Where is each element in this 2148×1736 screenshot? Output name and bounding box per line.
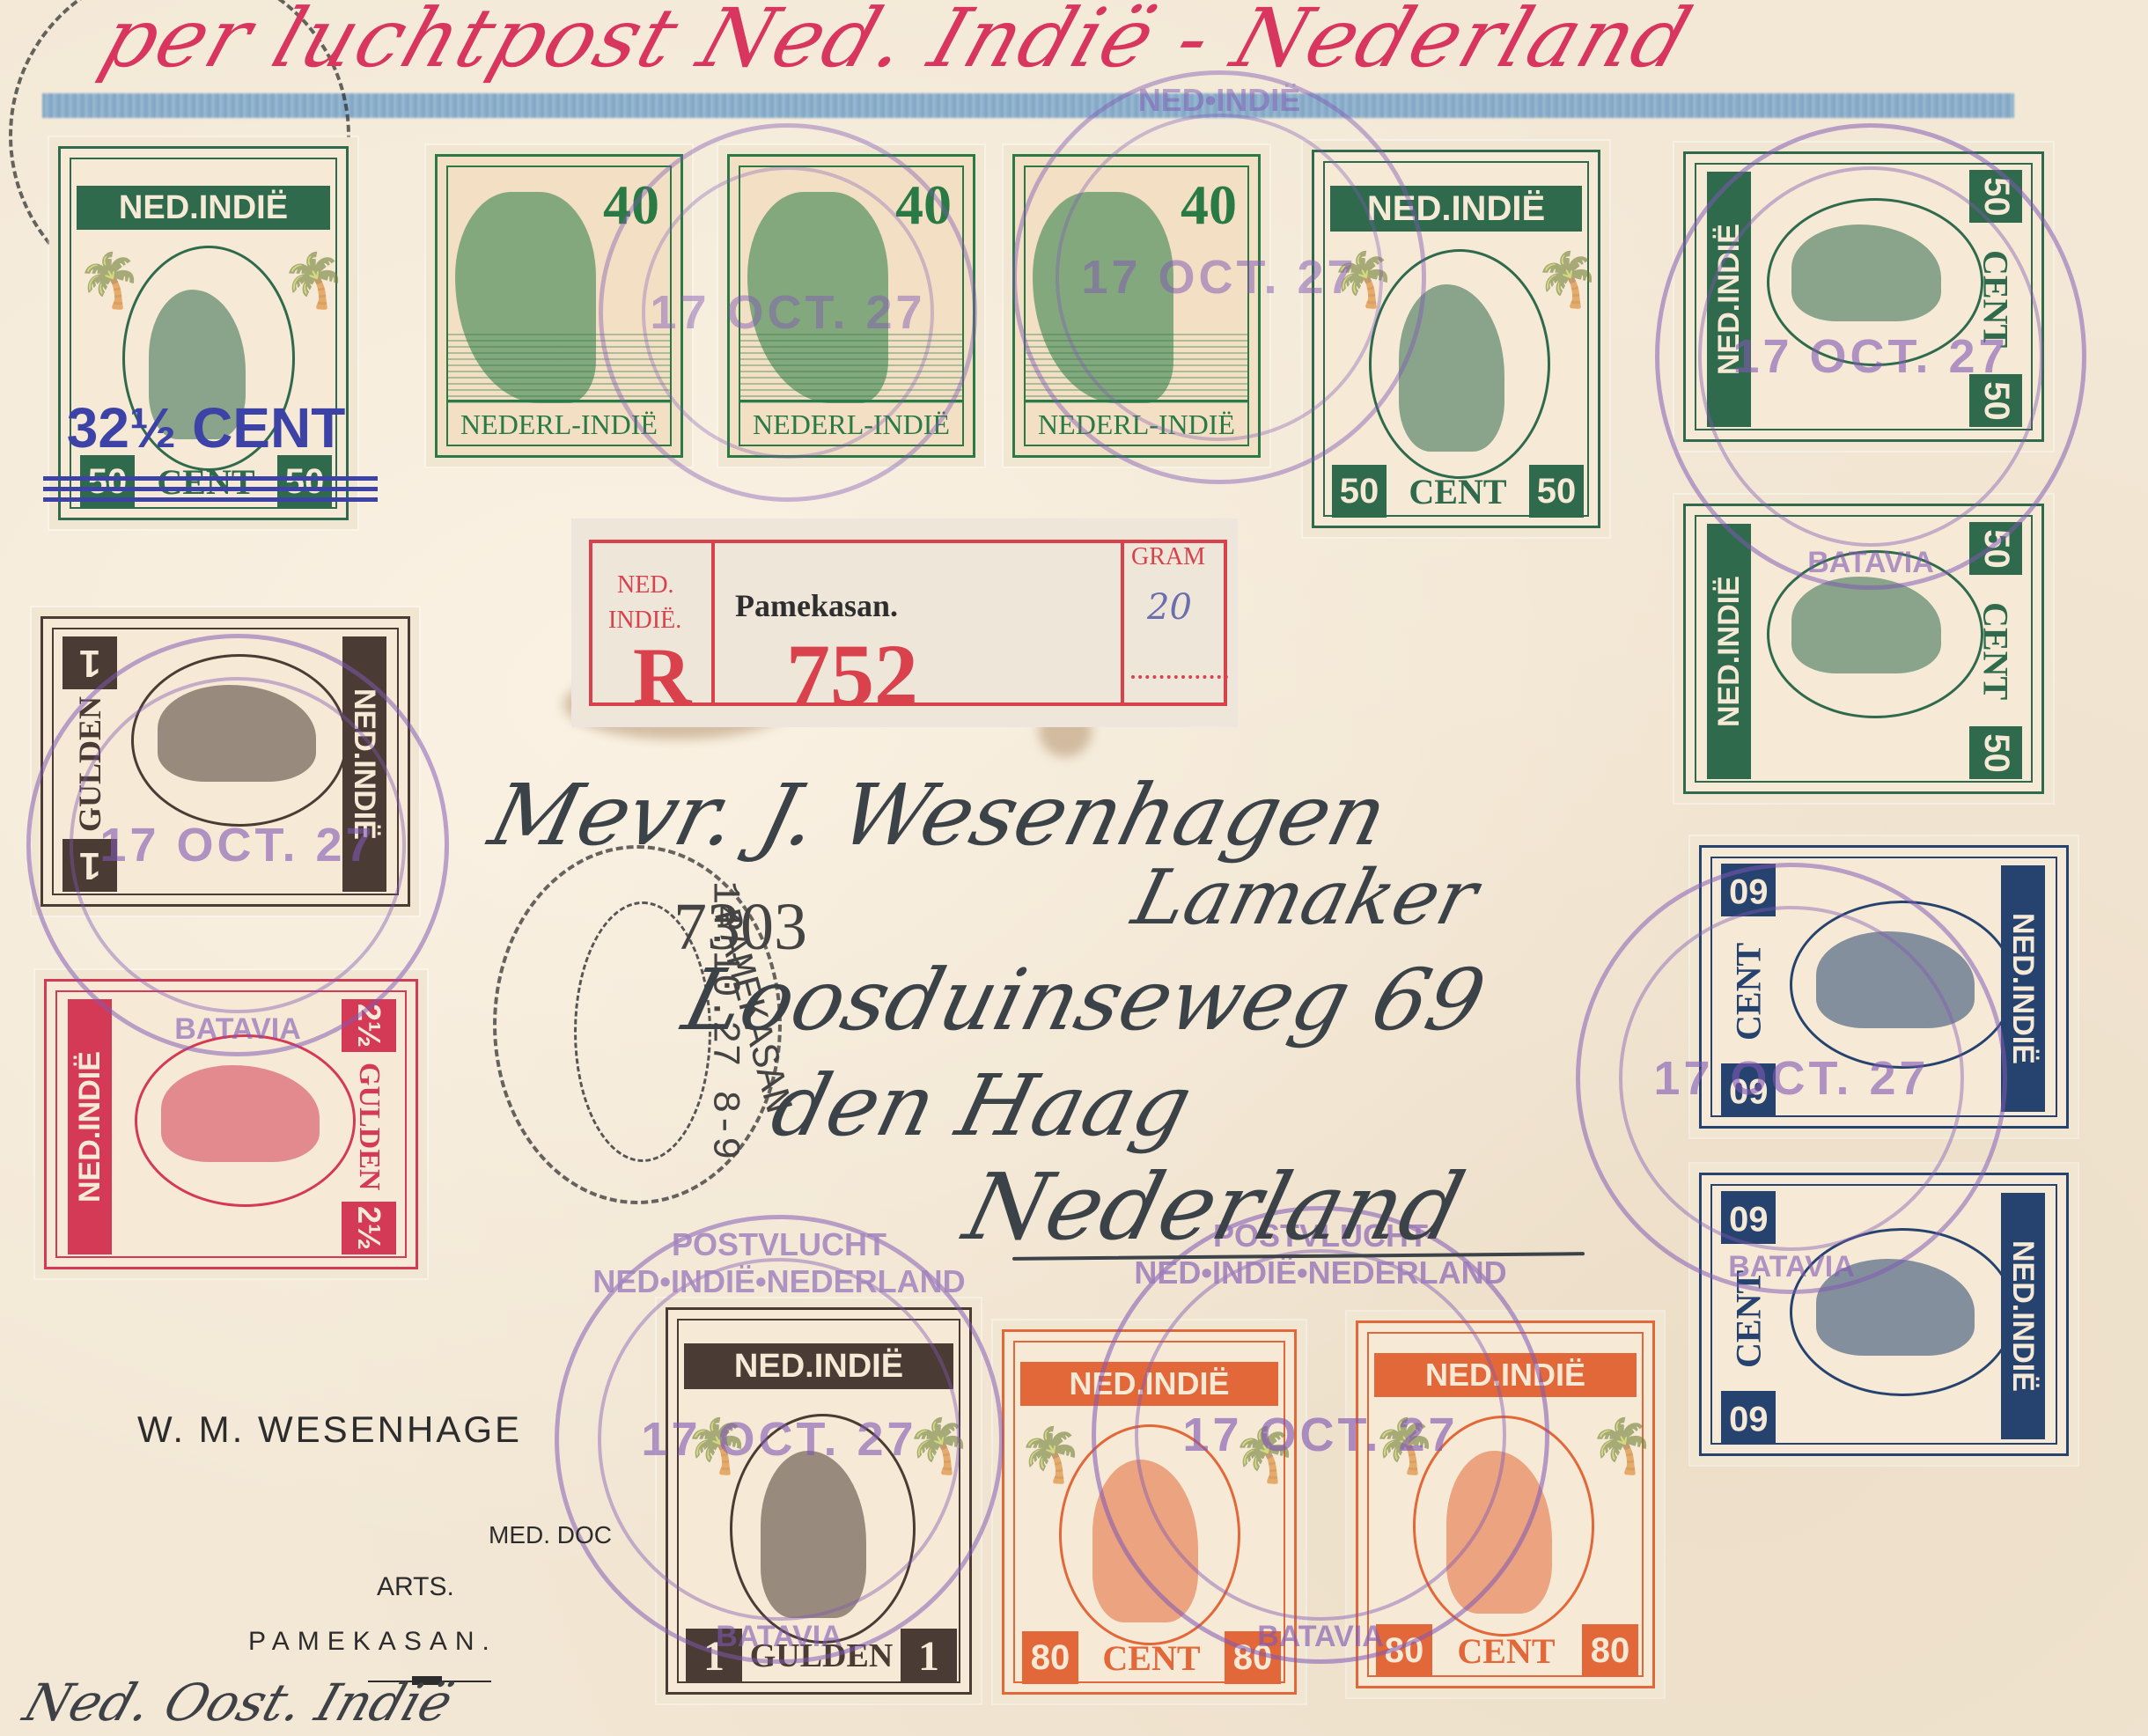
registration-label: NED. INDIË. R Pamekasan. 752 GRAM 20 (577, 524, 1232, 722)
airmail-cancel: 17 OCT. 27 BATAVIA (1655, 123, 2086, 590)
palm-icon: 🌴 (1018, 1429, 1084, 1482)
office-name: Pamekasan. (735, 587, 898, 624)
palm-icon: 🌴 (281, 254, 347, 307)
sender-name: W. M. WESENHAGE (137, 1409, 522, 1451)
sender-title-1: MED. DOC (489, 1521, 612, 1549)
airmail-cancel: POSTVLUCHT NED•INDIË•NEDERLAND 17 OCT. 2… (1092, 1206, 1549, 1664)
weight-value: 20 (1147, 587, 1192, 628)
airmail-cancel: 17 OCT. 27 BATAVIA (1576, 863, 2007, 1294)
registration-mark: R (633, 629, 691, 723)
address-line-1: Mevr. J. Wesenhagen (481, 766, 1396, 864)
stamp-50c-surcharged: NED.INDIË 🌴 🌴 50 CENT 50 32½ CENT (58, 146, 349, 520)
sender-title-2: ARTS. (377, 1572, 454, 1602)
airmail-cancel: 17 OCT. 27 BATAVIA (26, 634, 449, 1056)
sender-handwritten-note: Ned. Oost. Indië (17, 1673, 460, 1732)
airmail-cancel: NED•INDIË17 OCT. 27 (1012, 70, 1426, 484)
address-line-2: Lamaker (1125, 854, 1486, 942)
address-line-3: Loosduinseweg 69 (674, 951, 1495, 1049)
airmail-cancel: POSTVLUCHT NED•INDIË•NEDERLAND 17 OCT. 2… (555, 1215, 1004, 1664)
registration-number: 752 (786, 624, 918, 725)
surcharge: 32½ CENT (52, 395, 360, 460)
palm-icon: 🌴 (1534, 254, 1600, 306)
route-note: per luchtpost Ned. Indië - Nederland (91, 0, 1703, 85)
palm-icon: 🌴 (1589, 1420, 1655, 1473)
palm-icon: 🌴 (77, 254, 143, 307)
address-line-4: den Haag (762, 1056, 1201, 1155)
sender-city: PAMEKASAN. (248, 1627, 497, 1657)
airmail-cancel: 17 OCT. 27 (599, 123, 977, 502)
address-line-5: Nederland (955, 1153, 1475, 1261)
envelope: per luchtpost Ned. Indië - Nederland NED… (0, 0, 2148, 1736)
